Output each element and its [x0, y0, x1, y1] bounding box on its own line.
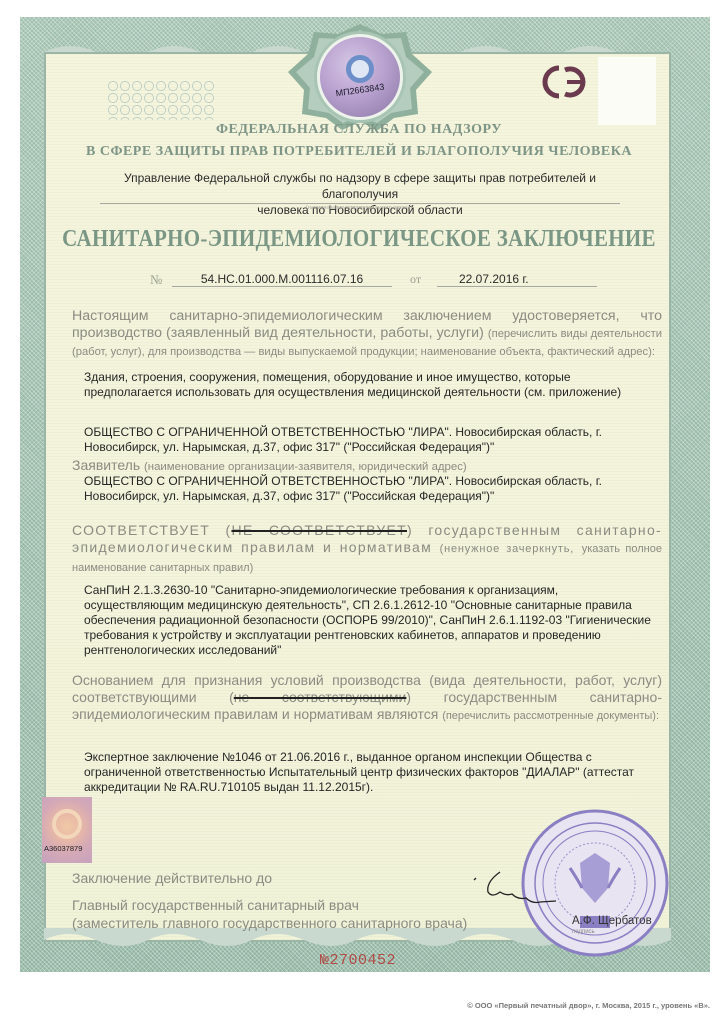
chief-doctor-block: Главный государственный санитарный врач … [72, 896, 467, 932]
hologram-g-icon [346, 55, 374, 83]
document-title: САНИТАРНО-ЭПИДЕМИОЛОГИЧЕСКОЕ ЗАКЛЮЧЕНИЕ [0, 224, 718, 253]
form-number: №2700452 [320, 952, 396, 969]
conformity-hint1: (ненужное зачеркнуть, [440, 543, 575, 555]
document-number: 54.НС.01.000.М.001116.07.16 [172, 272, 392, 287]
se-logo-icon [537, 62, 591, 102]
hologram-serial: МП2663843 [335, 81, 385, 98]
signer-name: А.Ф. Щербатов [572, 915, 652, 927]
applicant-name: ОБЩЕСТВО С ОГРАНИЧЕННОЙ ОТВЕТСТВЕННОСТЬЮ… [84, 474, 644, 504]
applicant-hint: (наименование организации-заявителя, юри… [144, 461, 467, 473]
applicant-label-row: Заявитель (наименование организации-заяв… [72, 457, 467, 473]
complies-text: СООТВЕТСТВУЕТ [72, 522, 210, 538]
signer-caption: подпись [572, 929, 595, 935]
agency-header-line2: В СФЕРЕ ЗАЩИТЫ ПРАВ ПОТРЕБИТЕЛЕЙ И БЛАГО… [0, 144, 718, 160]
bottom-hologram: А36037879 [42, 797, 92, 863]
applicant-label: Заявитель [72, 457, 140, 473]
certifies-paragraph: Настоящим санитарно-эпидемиологическим з… [72, 308, 662, 361]
object-owner: ОБЩЕСТВО С ОГРАНИЧЕННОЙ ОТВЕТСТВЕННОСТЬЮ… [84, 425, 644, 455]
hologram-c-icon [52, 809, 82, 839]
chief-line1: Главный государственный санитарный врач [72, 896, 467, 914]
activity-description: Здания, строения, сооружения, помещения,… [84, 370, 654, 400]
date-label: от [410, 272, 421, 287]
basis-paragraph: Основанием для признания условий произво… [72, 672, 662, 725]
basis-hint: (перечислить рассмотренные документы): [442, 710, 659, 722]
bottom-hologram-serial: А36037879 [44, 844, 82, 853]
organization-line1: Управление Федеральной службы по надзору… [90, 170, 630, 202]
sanitary-rules: СанПиН 2.1.3.2630-10 "Санитарно-эпидемио… [84, 583, 654, 658]
basis-struck: не соответствующими [234, 689, 407, 705]
organization-caption: (наименование территориального органа) [0, 205, 718, 211]
valid-until-label: Заключение действительно до [72, 870, 272, 886]
blank-patch [598, 57, 656, 125]
document-date: 22.07.2016 г. [437, 272, 597, 287]
printer-credit: © ООО «Первый печатный двор», г. Москва,… [467, 1001, 710, 1010]
expert-documents: Экспертное заключение №1046 от 21.06.201… [84, 750, 664, 795]
chief-line2: (заместитель главного государственного с… [72, 914, 467, 932]
agency-header-line1: ФЕДЕРАЛЬНАЯ СЛУЖБА ПО НАДЗОРУ [0, 122, 718, 138]
signature-icon [470, 868, 560, 913]
number-label: № [150, 272, 162, 288]
conformity-paragraph: СООТВЕТСТВУЕТ (НЕ СООТВЕТСТВУЕТ) государ… [72, 522, 662, 577]
hologram-badge: МП2663843 [282, 24, 438, 130]
security-pattern [107, 80, 215, 120]
hologram-seal: МП2663843 [317, 34, 403, 120]
organization-underline [100, 203, 620, 204]
not-complies-struck: НЕ СООТВЕТСТВУЕТ [231, 522, 407, 538]
